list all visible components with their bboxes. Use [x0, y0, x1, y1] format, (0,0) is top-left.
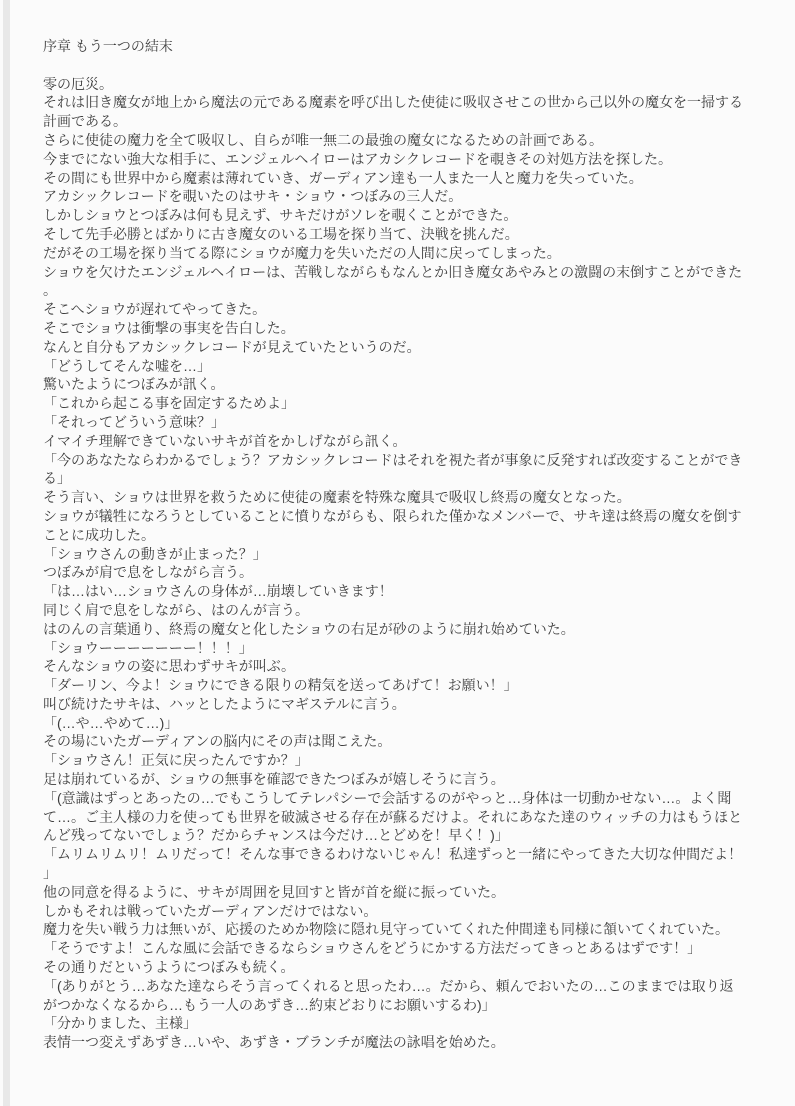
text-line: そして先手必勝とばかりに古き魔女のいる工場を探り当て、決戦を挑んだ。 — [43, 225, 763, 244]
text-line: 零の厄災。 — [43, 75, 763, 94]
text-line: 「今のあなたならわかるでしょう？アカシックレコードはそれを視た者が事象に反発すれ… — [43, 451, 763, 470]
text-line: イマイチ理解できていないサキが首をかしげながら訊く。 — [43, 432, 763, 451]
text-line: 「(ありがとう…あなた達ならそう言ってくれると思ったわ…。だから、頼んでおいたの… — [43, 977, 763, 996]
text-line: 足は崩れているが、ショウの無事を確認できたつぼみが嬉しそうに言う。 — [43, 770, 763, 789]
text-line: その間にも世界中から魔素は薄れていき、ガーディアン達も一人また一人と魔力を失って… — [43, 169, 763, 188]
text-line: アカシックレコードを覗いたのはサキ・ショウ・つぼみの三人だ。 — [43, 187, 763, 206]
chapter-title: 序章 もう一つの結末 — [43, 37, 763, 56]
text-line: て…。ご主人様の力を使っても世界を破滅させる存在が蘇るだけよ。それにあなた達のウ… — [43, 808, 763, 827]
text-line: ショウを欠けたエンジェルヘイローは、苦戦しながらもなんとか旧き魔女あやみとの激闘… — [43, 263, 763, 282]
text-line: 「それってどういう意味？」 — [43, 413, 763, 432]
text-line: そこでショウは衝撃の事実を告白した。 — [43, 319, 763, 338]
text-line: それは旧き魔女が地上から魔法の元である魔素を呼び出した使徒に吸収させこの世から己… — [43, 93, 763, 112]
text-line: その通りだというようにつぼみも続く。 — [43, 958, 763, 977]
text-line: 叫び続けたサキは、ハッとしたようにマギステルに言う。 — [43, 695, 763, 714]
text-line: そんなショウの姿に思わずサキが叫ぶ。 — [43, 657, 763, 676]
text-line: そこへショウが遅れてやってきた。 — [43, 300, 763, 319]
text-line: 表情一つ変えずあずき…いや、あずき・ブランチが魔法の詠唱を始めた。 — [43, 1033, 763, 1052]
text-line: 「は…はい…ショウさんの身体が…崩壊していきます！ — [43, 582, 763, 601]
text-line: 」 — [43, 864, 763, 883]
text-line: 。 — [43, 281, 763, 300]
text-line: 「ショウさん！正気に戻ったんですか？」 — [43, 751, 763, 770]
text-line: がつかなくなるから…もう一人のあずき…約束どおりにお願いするわ)」 — [43, 996, 763, 1015]
text-line: 「これから起こる事を固定するためよ」 — [43, 394, 763, 413]
text-line: しかもそれは戦っていたガーディアンだけではない。 — [43, 902, 763, 921]
text-line: 「分かりました、主様」 — [43, 1014, 763, 1033]
left-edge-strip — [3, 0, 10, 1106]
text-line: しかしショウとつぼみは何も見えず、サキだけがソレを覗くことができた。 — [43, 206, 763, 225]
text-line: 「ショウさんの動きが止まった？」 — [43, 545, 763, 564]
text-line: そう言い、ショウは世界を救うために使徒の魔素を特殊な魔具で吸収し終焉の魔女となっ… — [43, 488, 763, 507]
text-line: 「(意識はずっとあったの…でもこうしてテレパシーで会話するのがやっと…身体は一切… — [43, 789, 763, 808]
text-line: 「ダーリン、今よ！ショウにできる限りの精気を送ってあげて！お願い！」 — [43, 676, 763, 695]
text-line: 同じく肩で息をしながら、はのんが言う。 — [43, 601, 763, 620]
text-line: はのんの言葉通り、終焉の魔女と化したショウの右足が砂のように崩れ始めていた。 — [43, 620, 763, 639]
text-line: 魔力を失い戦う力は無いが、応援のためか物陰に隠れ見守っていてくれた仲間達も同様に… — [43, 920, 763, 939]
text-line: だがその工場を探り当てる際にショウが魔力を失いただの人間に戻ってしまった。 — [43, 244, 763, 263]
text-line: その場にいたガーディアンの脳内にその声は聞こえた。 — [43, 732, 763, 751]
text-line: なんと自分もアカシックレコードが見えていたというのだ。 — [43, 338, 763, 357]
text-line: ショウが犠牲になろうとしていることに憤りながらも、限られた僅かなメンバーで、サキ… — [43, 507, 763, 526]
text-line: 計画である。 — [43, 112, 763, 131]
text-line: つぼみが肩で息をしながら言う。 — [43, 563, 763, 582]
text-line: 今までにない強大な相手に、エンジェルヘイローはアカシクレコードを覗きその対処方法… — [43, 150, 763, 169]
text-line: る」 — [43, 469, 763, 488]
text-line: んど残ってないでしょう？だからチャンスは今だけ…とどめを！早く！)」 — [43, 826, 763, 845]
text-line: さらに使徒の魔力を全て吸収し、自らが唯一無二の最強の魔女になるための計画である。 — [43, 131, 763, 150]
text-line: ことに成功した。 — [43, 526, 763, 545]
text-line: 驚いたようにつぼみが訊く。 — [43, 375, 763, 394]
text-line: 他の同意を得るように、サキが周囲を見回すと皆が首を縦に振っていた。 — [43, 883, 763, 902]
text-content: 序章 もう一つの結末 零の厄災。それは旧き魔女が地上から魔法の元である魔素を呼び… — [43, 30, 763, 1052]
text-line: 「ムリムリムリ！ムリだって！そんな事できるわけないじゃん！私達ずっと一緒にやって… — [43, 845, 763, 864]
text-body: 零の厄災。それは旧き魔女が地上から魔法の元である魔素を呼び出した使徒に吸収させこ… — [43, 75, 763, 1052]
text-line: 「ショウーーーーーーー！！！」 — [43, 639, 763, 658]
text-line: 「(…や…やめて…)」 — [43, 714, 763, 733]
text-line: 「どうしてそんな嘘を…」 — [43, 357, 763, 376]
text-line: 「そうですよ！こんな風に会話できるならショウさんをどうにかする方法だってきっとあ… — [43, 939, 763, 958]
